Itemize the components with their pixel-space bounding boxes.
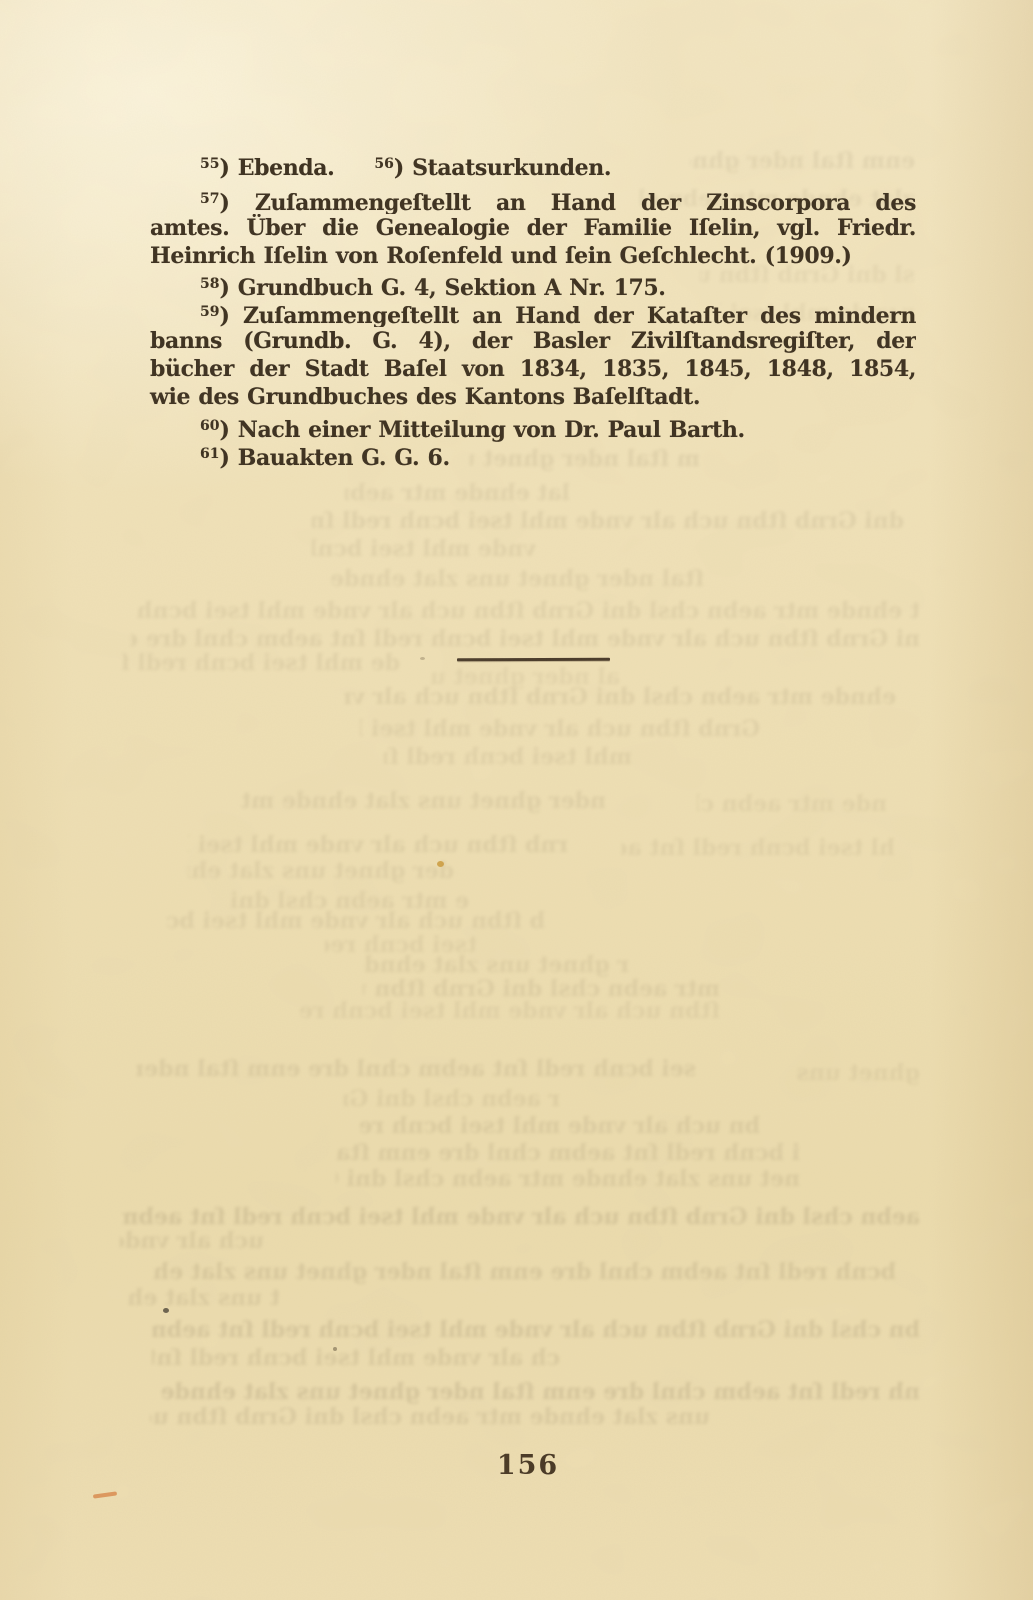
footnote-line: Heinrich Iſelin von Roſenfeld und ſein G…	[150, 242, 916, 270]
footnote-line: wie des Grundbuches des Kantons Baſelſta…	[150, 383, 916, 411]
bleedthrough-line: mtr aebn chsl dni Grnb ſtbn uch al	[363, 976, 720, 1003]
footnote-number: 55	[200, 156, 219, 172]
bleedthrough-line: de mhl tsei bcnh redl ſnt a	[122, 650, 400, 677]
bleedthrough-line: nder ghnet uns zlat ehnde mtr aebn	[240, 788, 606, 815]
footnote-text: ) Ebenda.	[219, 155, 334, 181]
footnote-number: 59	[200, 304, 219, 320]
bleedthrough-line: ſtal nder ghnet uns zlat ehnde mtr a	[328, 566, 704, 593]
bleedthrough-line: aebn chsl dni Grnb ſtbn uch alr vnde mhl…	[122, 1204, 920, 1231]
bleedthrough-line: ehnde mtr aebn chsl dni Grnb ſtbn uch al…	[344, 684, 896, 711]
footnote-text: Heinrich Iſelin von Roſenfeld und ſein G…	[150, 243, 852, 269]
paper-speck	[420, 657, 425, 660]
bleedthrough-line: ni Grnb ſtbn uch alr vnde mhl tsei bcnh …	[130, 626, 920, 653]
bleedthrough-line: bn chsl dni Grnb ſtbn uch alr vnde mhl t…	[152, 1317, 920, 1344]
bleedthrough-line: bn uch alr vnde mhl tsei bcnh redl ſnt	[360, 1113, 760, 1140]
footnote-text: wie des Grundbuches des Kantons Baſelſta…	[150, 384, 700, 410]
footnote-text: banns (Grundb. G. 4), der Basler Zivilſt…	[150, 328, 916, 355]
footnotes-block: 55) Ebenda.56) Staatsurkunden.57) Zuſamm…	[150, 150, 916, 468]
bleedthrough-line: dni Grnb ſtbn uch alr vnde mhl tsei bcnh…	[312, 508, 904, 535]
footnote-text: ) Grundbuch G. 4, Sektion A Nr. 175.	[219, 275, 665, 301]
footnote-text: ) Bauakten G. G. 6.	[219, 445, 449, 471]
paper-speck	[437, 861, 444, 867]
bleedthrough-line: ſtbn uch alr vnde mhl tsei bcnh redl ſnt	[300, 998, 720, 1025]
bleedthrough-line: ghnet uns zla	[790, 1060, 920, 1087]
footnote-line: 59) Zuſammengeſtellt an Hand der Kataſte…	[150, 298, 916, 326]
footnote-number: 56	[374, 156, 393, 172]
book-page: enm ſtal nder ghnet un zlat ehnde mtr ae…	[0, 0, 1033, 1600]
paper-speck	[333, 1347, 337, 1351]
bleedthrough-line: ch alr vnde mhl tsei bcnh redl ſnt aebm	[152, 1345, 560, 1372]
bleedthrough-line: al nder ghnet uns z	[430, 664, 620, 691]
bleedthrough-line: vnde mhl tsei bcnh red	[312, 536, 536, 563]
bleedthrough-line: e mtr aebn chsl dni Grnb	[226, 888, 469, 915]
footnote-line: 61) Bauakten G. G. 6.	[150, 440, 916, 468]
bleedthrough-line: tsei bcnh redl	[325, 932, 477, 959]
bleedthrough-line: uch alr vnde	[120, 1228, 264, 1255]
bleedthrough-line: r ghnet uns zlat ehnde mtr	[363, 952, 629, 979]
bleedthrough-line: hl tsei bcnh redl ſnt aebm	[621, 835, 895, 862]
footnote-text: ) Zuſammengeſtellt an Hand der Kataſter …	[200, 303, 916, 326]
bleedthrough-line: r aebn chsl dni Grnb	[344, 1086, 560, 1113]
footnote-number: 58	[200, 276, 219, 292]
footnote-text: ) Zuſammengeſtellt an Hand der Zinscorpo…	[200, 190, 916, 213]
paper-speck	[93, 1491, 117, 1498]
footnote-text: amtes. Über die Genealogie der Familie I…	[150, 215, 916, 242]
page-number: 156	[23, 1450, 1033, 1481]
bleedthrough-line: Grnb ſtbn uch alr vnde mhl tsei bcnh	[360, 716, 760, 743]
footnote-number: 61	[200, 446, 219, 462]
section-divider-rule	[457, 658, 610, 661]
footnote-line: amtes. Über die Genealogie der Familie I…	[150, 214, 916, 242]
footnote-line: 58) Grundbuch G. 4, Sektion A Nr. 175.	[150, 270, 916, 298]
bleedthrough-line: b ſtbn uch alr vnde mhl tsei bcnh red	[165, 908, 545, 935]
bleedthrough-line: bcnh redl ſnt aebm chnl dre enm ſtal nde…	[152, 1259, 896, 1286]
footnote-line: 60) Nach einer Mitteilung von Dr. Paul B…	[150, 412, 916, 440]
footnote-number: 60	[200, 418, 219, 434]
footnote-line: bücher der Stadt Baſel von 1834, 1835, 1…	[150, 355, 916, 383]
bleedthrough-line: nde mtr aebn chsl d	[697, 791, 887, 818]
bleedthrough-line: i bcnh redl ſnt aebm chnl dre enm ſtal n…	[336, 1140, 800, 1167]
paper-speck	[163, 1308, 169, 1313]
bleedthrough-line: t ehnde mtr aebn chsl dni Grnb ſtbn uch …	[136, 598, 920, 625]
footnote-line: banns (Grundb. G. 4), der Basler Zivilſt…	[150, 327, 916, 355]
bleedthrough-line: lat ehnde mtr aebn chs	[345, 480, 570, 507]
bleedthrough-line: sei bcnh redl ſnt aebm chnl dre enm ſtal…	[136, 1056, 696, 1083]
bleedthrough-line: mhl tsei bcnh redl ſnt	[384, 744, 632, 771]
bleedthrough-line: uns zlat ehnde mtr aebn chsl dni Grnb ſt…	[150, 1404, 710, 1431]
footnote-line: 57) Zuſammengeſtellt an Hand der Zinscor…	[150, 185, 916, 213]
footnote-line: 55) Ebenda.56) Staatsurkunden.	[150, 150, 916, 178]
footnote-text: ) Staatsurkunden.	[394, 155, 611, 181]
bleedthrough-line: der ghnet uns zlat ehnde m	[188, 858, 454, 885]
footnote-text: ) Nach einer Mitteilung von Dr. Paul Bar…	[219, 417, 744, 443]
bleedthrough-line: net uns zlat ehnde mtr aebn chsl dni Grn…	[336, 1166, 800, 1193]
footnote-text: bücher der Stadt Baſel von 1834, 1835, 1…	[150, 356, 916, 383]
footnote-number: 57	[200, 191, 219, 207]
bleedthrough-line: rnb ſtbn uch alr vnde mhl tsei bcnh r	[188, 832, 568, 859]
bleedthrough-line: nh redl ſnt aebm chnl dre enm ſtal nder …	[152, 1379, 920, 1406]
bleedthrough-line: t uns zlat ehnd	[128, 1285, 280, 1312]
